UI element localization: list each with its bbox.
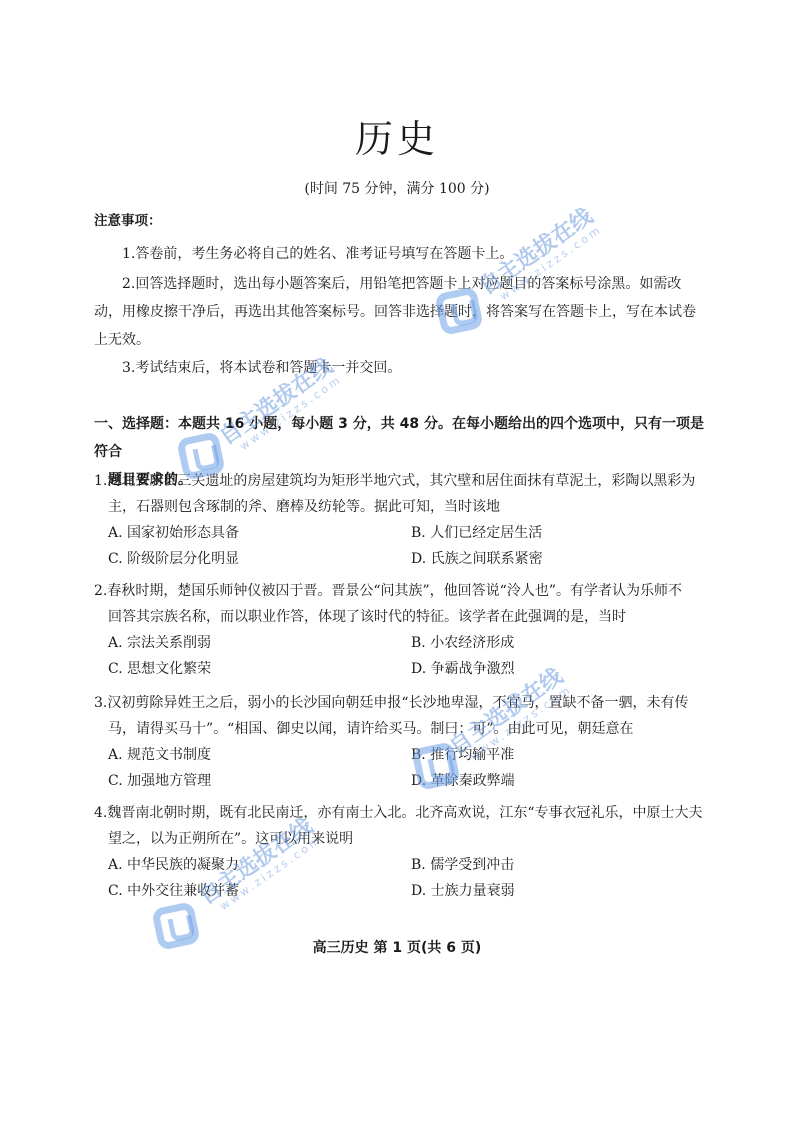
notice-item-2: 2.回答选择题时，选出每小题答案后，用铅笔把答题卡上对应题目的答案标号涂黑。如需… xyxy=(94,270,706,354)
option-d: D. 争霸战争激烈 xyxy=(411,656,711,682)
question-2: 2.春秋时期，楚国乐师钟仪被囚于晋。晋景公“问其族”，他回答说“泠人也”。有学者… xyxy=(94,578,714,682)
page-footer: 高三历史 第 1 页(共 6 页) xyxy=(0,937,794,957)
option-a: A. 国家初始形态具备 xyxy=(108,520,411,546)
question-stem-line2: 望之，以为正朔所在”。这可以用来说明 xyxy=(94,826,714,852)
option-a: A. 中华民族的凝聚力 xyxy=(108,852,411,878)
option-b: B. 推行均输平准 xyxy=(411,742,711,768)
question-stem-line1: 4.魏晋南北朝时期，既有北民南迁，亦有南士入北。北齐高欢说，江东“专事衣冠礼乐，… xyxy=(94,800,714,826)
question-4: 4.魏晋南北朝时期，既有北民南迁，亦有南士入北。北齐高欢说，江东“专事衣冠礼乐，… xyxy=(94,800,714,904)
options: A. 国家初始形态具备 B. 人们已经定居生活 C. 阶级阶层分化明显 D. 氏… xyxy=(94,520,714,572)
question-stem-line2: 马，请得买马十”。“相国、御史以闻，请许给买马。制曰：可”。由此可见，朝廷意在 xyxy=(94,716,714,742)
option-b: B. 小农经济形成 xyxy=(411,630,711,656)
notice-heading: 注意事项： xyxy=(94,209,162,229)
option-d: D. 革除秦政弊端 xyxy=(411,768,711,794)
option-c: C. 思想文化繁荣 xyxy=(108,656,411,682)
section-heading-line1: 一、选择题：本题共 16 小题，每小题 3 分，共 48 分。在每小题给出的四个… xyxy=(94,410,714,466)
option-a: A. 规范文书制度 xyxy=(108,742,411,768)
option-c: C. 加强地方管理 xyxy=(108,768,411,794)
question-3: 3.汉初剪除异姓王之后，弱小的长沙国向朝廷申报“长沙地卑湿，不宜马，置缺不备一驷… xyxy=(94,690,714,794)
question-stem-line1: 1.河北省蔚县三关遗址的房屋建筑均为矩形半地穴式，其穴壁和居住面抹有草泥土，彩陶… xyxy=(94,468,714,494)
option-a: A. 宗法关系削弱 xyxy=(108,630,411,656)
option-d: D. 氏族之间联系紧密 xyxy=(411,546,711,572)
option-b: B. 人们已经定居生活 xyxy=(411,520,711,546)
question-stem-line2: 主，石器则包含琢制的斧、磨棒及纺轮等。据此可知，当时该地 xyxy=(94,494,714,520)
page-title: 历史 xyxy=(0,108,794,163)
notice-item-1: 1.答卷前，考生务必将自己的姓名、准考证号填写在答题卡上。 xyxy=(94,240,706,268)
option-c: C. 阶级阶层分化明显 xyxy=(108,546,411,572)
question-1: 1.河北省蔚县三关遗址的房屋建筑均为矩形半地穴式，其穴壁和居住面抹有草泥土，彩陶… xyxy=(94,468,714,572)
options: A. 规范文书制度 B. 推行均输平准 C. 加强地方管理 D. 革除秦政弊端 xyxy=(94,742,714,794)
question-stem-line1: 3.汉初剪除异姓王之后，弱小的长沙国向朝廷申报“长沙地卑湿，不宜马，置缺不备一驷… xyxy=(94,690,714,716)
question-stem-line1: 2.春秋时期，楚国乐师钟仪被囚于晋。晋景公“问其族”，他回答说“泠人也”。有学者… xyxy=(94,578,714,604)
option-b: B. 儒学受到冲击 xyxy=(411,852,711,878)
options: A. 中华民族的凝聚力 B. 儒学受到冲击 C. 中外交往兼收并蓄 D. 士族力… xyxy=(94,852,714,904)
exam-page: 历史 (时间 75 分钟，满分 100 分) 注意事项： 1.答卷前，考生务必将… xyxy=(0,0,794,1123)
question-stem-line2: 回答其宗族名称，而以职业作答，体现了该时代的特征。该学者在此强调的是，当时 xyxy=(94,604,714,630)
options: A. 宗法关系削弱 B. 小农经济形成 C. 思想文化繁荣 D. 争霸战争激烈 xyxy=(94,630,714,682)
option-d: D. 士族力量衰弱 xyxy=(411,878,711,904)
option-c: C. 中外交往兼收并蓄 xyxy=(108,878,411,904)
exam-info: (时间 75 分钟，满分 100 分) xyxy=(0,178,794,198)
notice-item-3: 3.考试结束后，将本试卷和答题卡一并交回。 xyxy=(94,354,706,382)
